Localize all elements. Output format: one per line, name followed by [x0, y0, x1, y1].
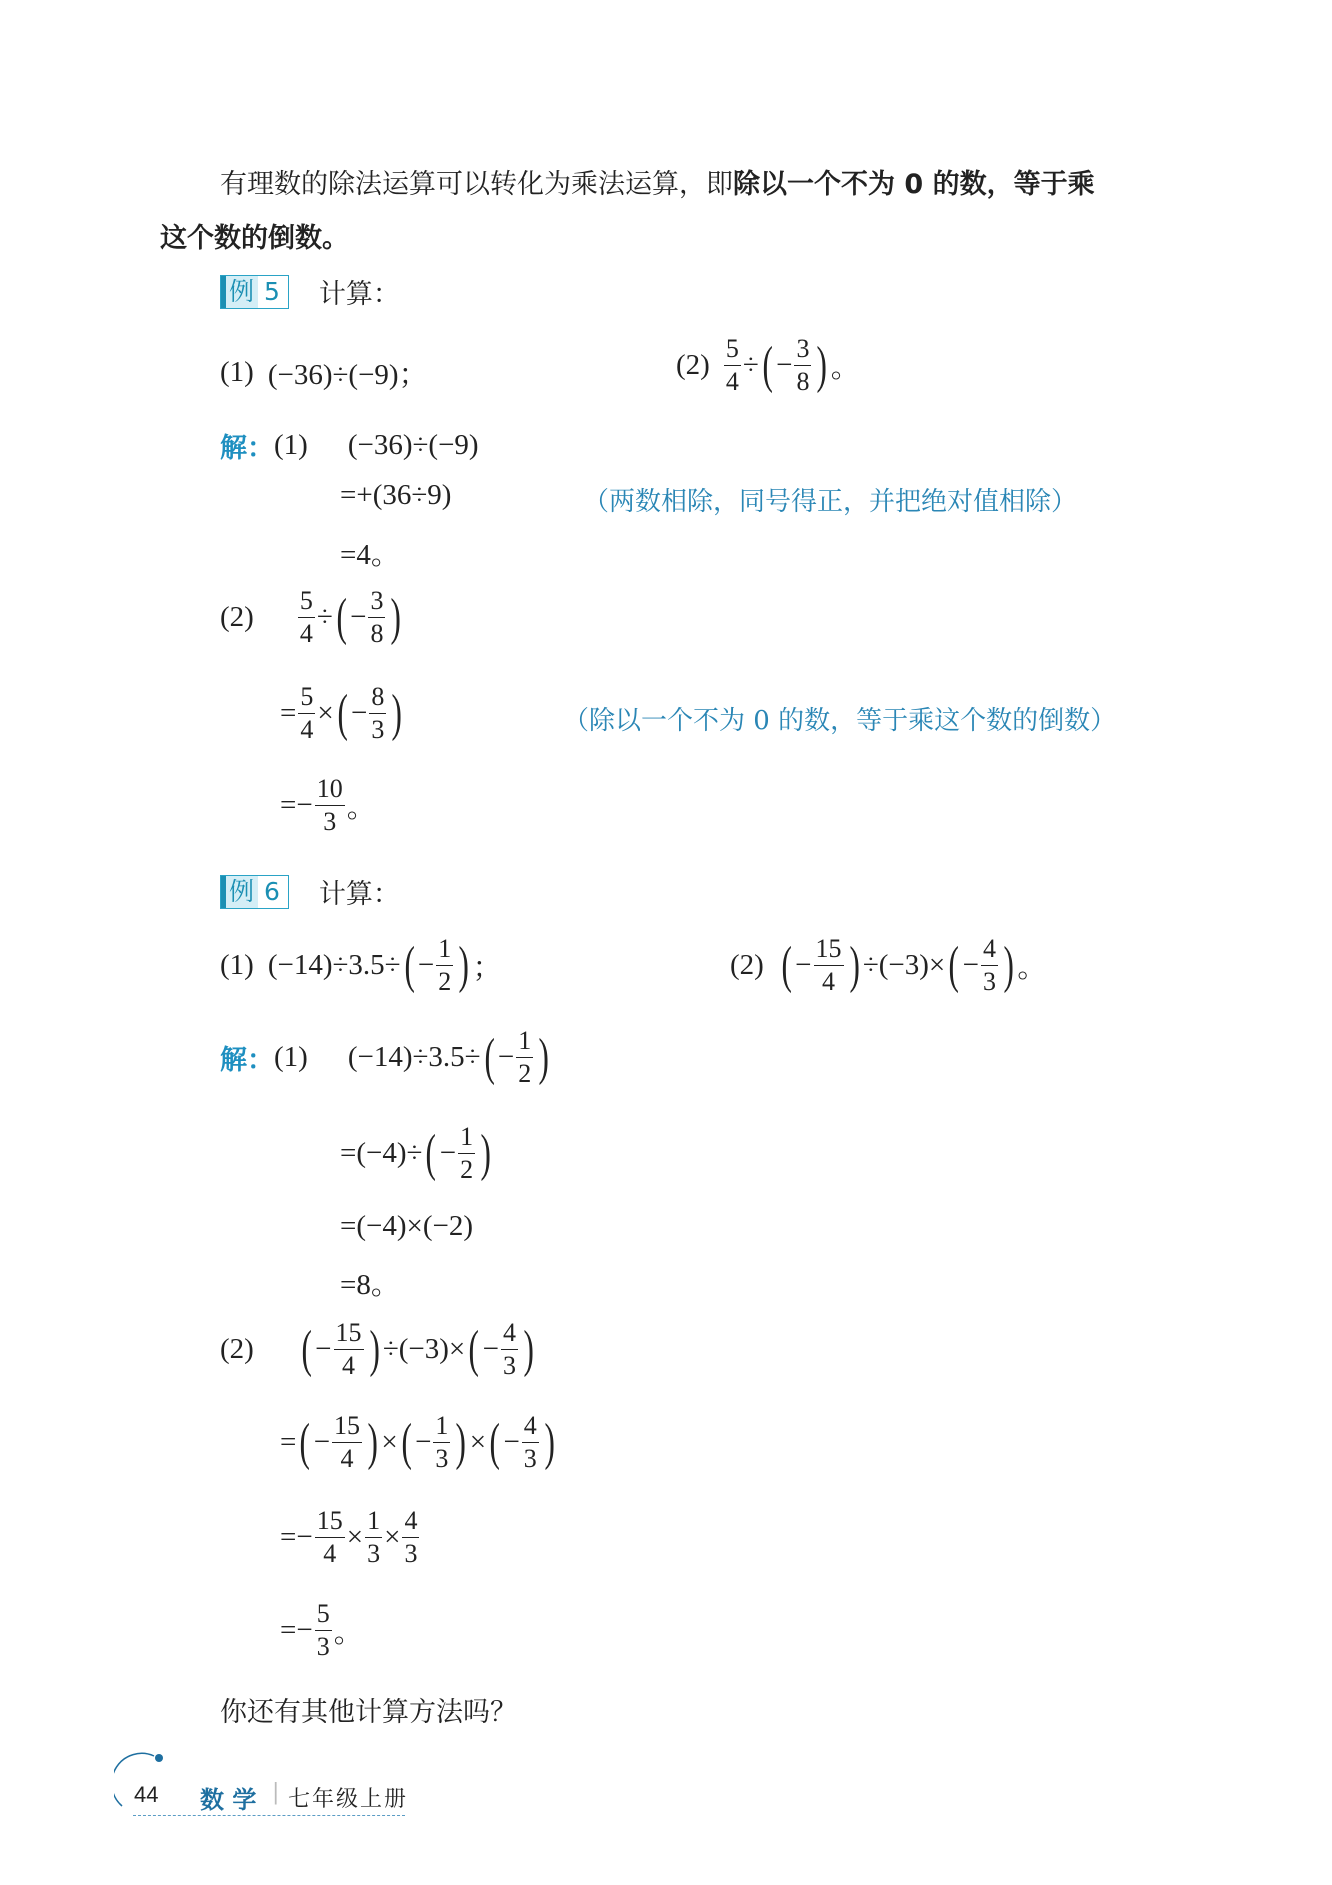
ex6-solution-1-line2: =(−4)÷(−12) [340, 1124, 494, 1183]
ex5-solution-2-line1: (2) 54÷(−38) [220, 588, 405, 647]
footer-subject: 数 学 [200, 1780, 256, 1815]
ex5-s1-line2: =+(36÷9) [340, 479, 451, 512]
example-tag: 例6 [220, 875, 289, 909]
ex5-note-2: （除以一个不为 0 的数，等于乘这个数的倒数） [563, 700, 1116, 737]
ex6-solution-2-line3: =−154×13×43 [280, 1508, 421, 1567]
ex6-problem-1: (1)(−14)÷3.5÷(−12)； [220, 936, 502, 995]
ex5-s1-line3: =4。 [340, 532, 400, 573]
intro-line-1: 有理数的除法运算可以转化为乘法运算，即除以一个不为 0 的数，等于乘 [220, 162, 1095, 201]
intro-text: 有理数的除法运算可以转化为乘法运算，即 [220, 169, 733, 200]
intro-rule-bold: 除以一个不为 0 的数，等于乘 [733, 169, 1095, 200]
ex6-solution-2-line4: =−53。 [280, 1601, 363, 1660]
page-number: 44 [134, 1782, 158, 1808]
example-prompt: 计算： [319, 872, 400, 911]
intro-line-2: 这个数的倒数。 [160, 216, 349, 255]
footer-grade: 七年级上册 [288, 1782, 408, 1813]
example-tag: 例5 [220, 275, 289, 309]
footer-dashed-line [133, 1815, 405, 1816]
example-5-header: 例5 计算： [220, 272, 400, 311]
ex5-note-1: （两数相除，同号得正，并把绝对值相除） [583, 481, 1077, 518]
ex6-solution-2-line1: (2)(−154)÷(−3)×(−43) [220, 1320, 537, 1379]
ex5-problem-2: (2) 54 ÷(−38)。 [676, 336, 860, 395]
ex5-problem-1: (1)(−36)÷(−9)； [220, 352, 428, 393]
ex6-solution-1-line1: 解：(1)(−14)÷3.5÷(−12) [220, 1028, 553, 1087]
followup-question: 你还有其他计算方法吗？ [220, 1690, 517, 1729]
solution-label: 解： [220, 426, 274, 465]
ex6-s1-line4: =8。 [340, 1262, 400, 1303]
ex5-solution-1: 解：(1)(−36)÷(−9) [220, 426, 479, 465]
footer-separator: | [272, 1780, 279, 1805]
ex6-solution-2-line2: =(−154)×(−13)×(−43) [280, 1413, 558, 1472]
ex5-solution-2-line2: =54×(−83) [280, 684, 406, 743]
ex6-problem-2: (2)(−154)÷(−3)×(−43)。 [730, 936, 1046, 995]
example-6-header: 例6 计算： [220, 872, 400, 911]
example-prompt: 计算： [319, 272, 400, 311]
ex5-solution-2-line3: =−103。 [280, 776, 376, 835]
ex6-s1-line3: =(−4)×(−2) [340, 1210, 473, 1243]
solution-label: 解： [220, 1038, 274, 1077]
